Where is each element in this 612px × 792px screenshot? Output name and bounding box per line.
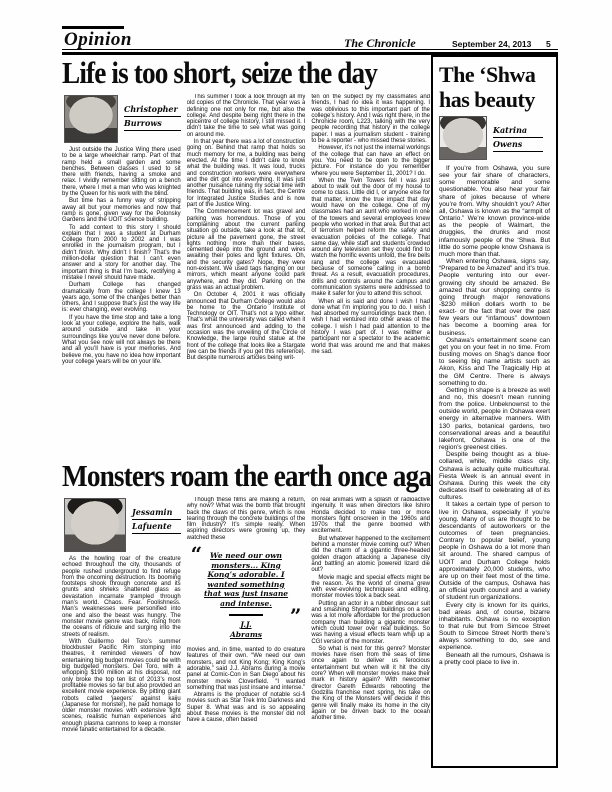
sidebar-headline: The ‘Shwa has beauty xyxy=(439,62,550,112)
body-paragraph: Beneath all the rumours, Oshawa is a pre… xyxy=(439,652,550,666)
sidebar-author-block: Katrina Owens xyxy=(439,116,550,160)
pull-quote-rule xyxy=(229,614,263,616)
body-paragraph: This summer I took a look through all my… xyxy=(187,94,306,138)
body-paragraph: With Guillermo del Toro’s summer blockbu… xyxy=(62,639,181,733)
body-paragraph: When all is said and done I wish I had d… xyxy=(311,299,430,356)
author-first-name: Jessamin xyxy=(132,506,181,520)
body-paragraph: If you have the time stop and take a lon… xyxy=(62,315,181,365)
pull-quote-text: We need our own monsters... King Kong’s … xyxy=(203,551,290,608)
pull-quote-attribution: J.J. Abrams xyxy=(227,620,265,639)
sidebar-article: The ‘Shwa has beauty Katrina Owens If yo… xyxy=(431,55,558,768)
author-photo-christopher-burrows xyxy=(64,95,118,143)
body-paragraph: Despite being thought as a blue-collared… xyxy=(439,451,550,501)
article2-column-3: on real animals with a splash of radioac… xyxy=(311,497,430,772)
body-paragraph: Every city is known for its quirks, bad … xyxy=(439,602,550,652)
body-paragraph: on real animals with a splash of radioac… xyxy=(311,497,430,535)
article2-column-2: Though these films are making a return, … xyxy=(187,497,306,772)
article1-column-1: Christopher Burrows Just outside the Jus… xyxy=(62,94,181,460)
article1-headline: Life is too short, seize the day xyxy=(62,56,432,89)
body-paragraph: When the Twin Towers fell I was just abo… xyxy=(311,178,430,298)
body-paragraph: ten on the subject by my classmates and … xyxy=(311,94,430,144)
article2-columns: Jessamin Lafuente As the howling roar of… xyxy=(62,497,430,772)
body-paragraph: To add context to this story I should ex… xyxy=(62,225,181,282)
author-last-name: Burrows xyxy=(124,117,181,131)
author-photo-jessamin-lafuente xyxy=(64,498,126,552)
article1-column-2: This summer I took a look through all my… xyxy=(187,94,306,460)
body-paragraph: Durham College has changed dramatically … xyxy=(62,282,181,313)
article1-byline: Christopher Burrows xyxy=(124,103,181,131)
body-paragraph: If you’re from Oshawa, you sure see your… xyxy=(439,165,550,258)
body-paragraph: Oshawa’s entertainment scene can get you… xyxy=(439,337,550,387)
header-rule-thin xyxy=(62,49,558,50)
body-paragraph: As the howling roar of the creature echo… xyxy=(62,556,181,638)
author-photo-katrina-owens xyxy=(439,116,487,160)
article1-author-block: Christopher Burrows xyxy=(64,95,181,143)
section-title: Opinion xyxy=(64,29,132,51)
body-paragraph: But whatever happened to the excitement … xyxy=(311,536,430,574)
newspaper-page: Opinion The Chronicle September 24, 2013… xyxy=(0,0,612,792)
body-paragraph: Just outside the Justice Wing there used… xyxy=(62,147,181,197)
article2-headline: Monsters roam the earth once again xyxy=(62,459,432,492)
body-paragraph: When entering Oshawa, signs say, “Prepar… xyxy=(439,258,550,337)
body-paragraph: On October 4, 2001 it was officially ann… xyxy=(187,292,306,361)
open-quote-icon: “ xyxy=(191,547,203,561)
body-paragraph: It takes a certain type of person to liv… xyxy=(439,501,550,601)
article2-byline: Jessamin Lafuente xyxy=(132,506,181,534)
article1-columns: Christopher Burrows Just outside the Jus… xyxy=(62,94,430,460)
pull-quote: “ We need our own monsters... King Kong’… xyxy=(191,551,302,639)
sidebar-byline: Katrina Owens xyxy=(493,124,543,152)
body-paragraph: So what is next for this genre? Monster … xyxy=(311,646,430,722)
article2-column-1: Jessamin Lafuente As the howling roar of… xyxy=(62,497,181,772)
body-paragraph: Movie magic and special effects might be… xyxy=(311,575,430,600)
page-number: 5 xyxy=(546,39,551,49)
body-paragraph: The Commencement lot was gravel and park… xyxy=(187,209,306,291)
body-paragraph: But time has a funny way of stripping aw… xyxy=(62,198,181,223)
body-paragraph: Getting in shape is a breeze as well and… xyxy=(439,387,550,451)
body-paragraph: Abrams is the producer of notable sci-fi… xyxy=(187,692,306,723)
close-quote-icon: ” xyxy=(290,609,302,623)
body-paragraph: However, it’s not just the internal work… xyxy=(311,145,430,176)
body-paragraph: In that year there was a lot of construc… xyxy=(187,139,306,208)
body-paragraph: movies and, in time, wanted to do creatu… xyxy=(187,647,306,691)
body-paragraph: Though these films are making a return, … xyxy=(187,497,306,541)
author-last-name: Owens xyxy=(493,138,543,152)
body-paragraph: Putting an actor in a rubber dinosaur su… xyxy=(311,601,430,645)
article1-column-3: ten on the subject by my classmates and … xyxy=(311,94,430,460)
author-last-name: Lafuente xyxy=(132,520,181,534)
author-first-name: Katrina xyxy=(493,124,543,138)
article2-author-block: Jessamin Lafuente xyxy=(64,498,181,552)
author-first-name: Christopher xyxy=(124,103,181,117)
publication-date: September 24, 2013 xyxy=(452,39,531,49)
